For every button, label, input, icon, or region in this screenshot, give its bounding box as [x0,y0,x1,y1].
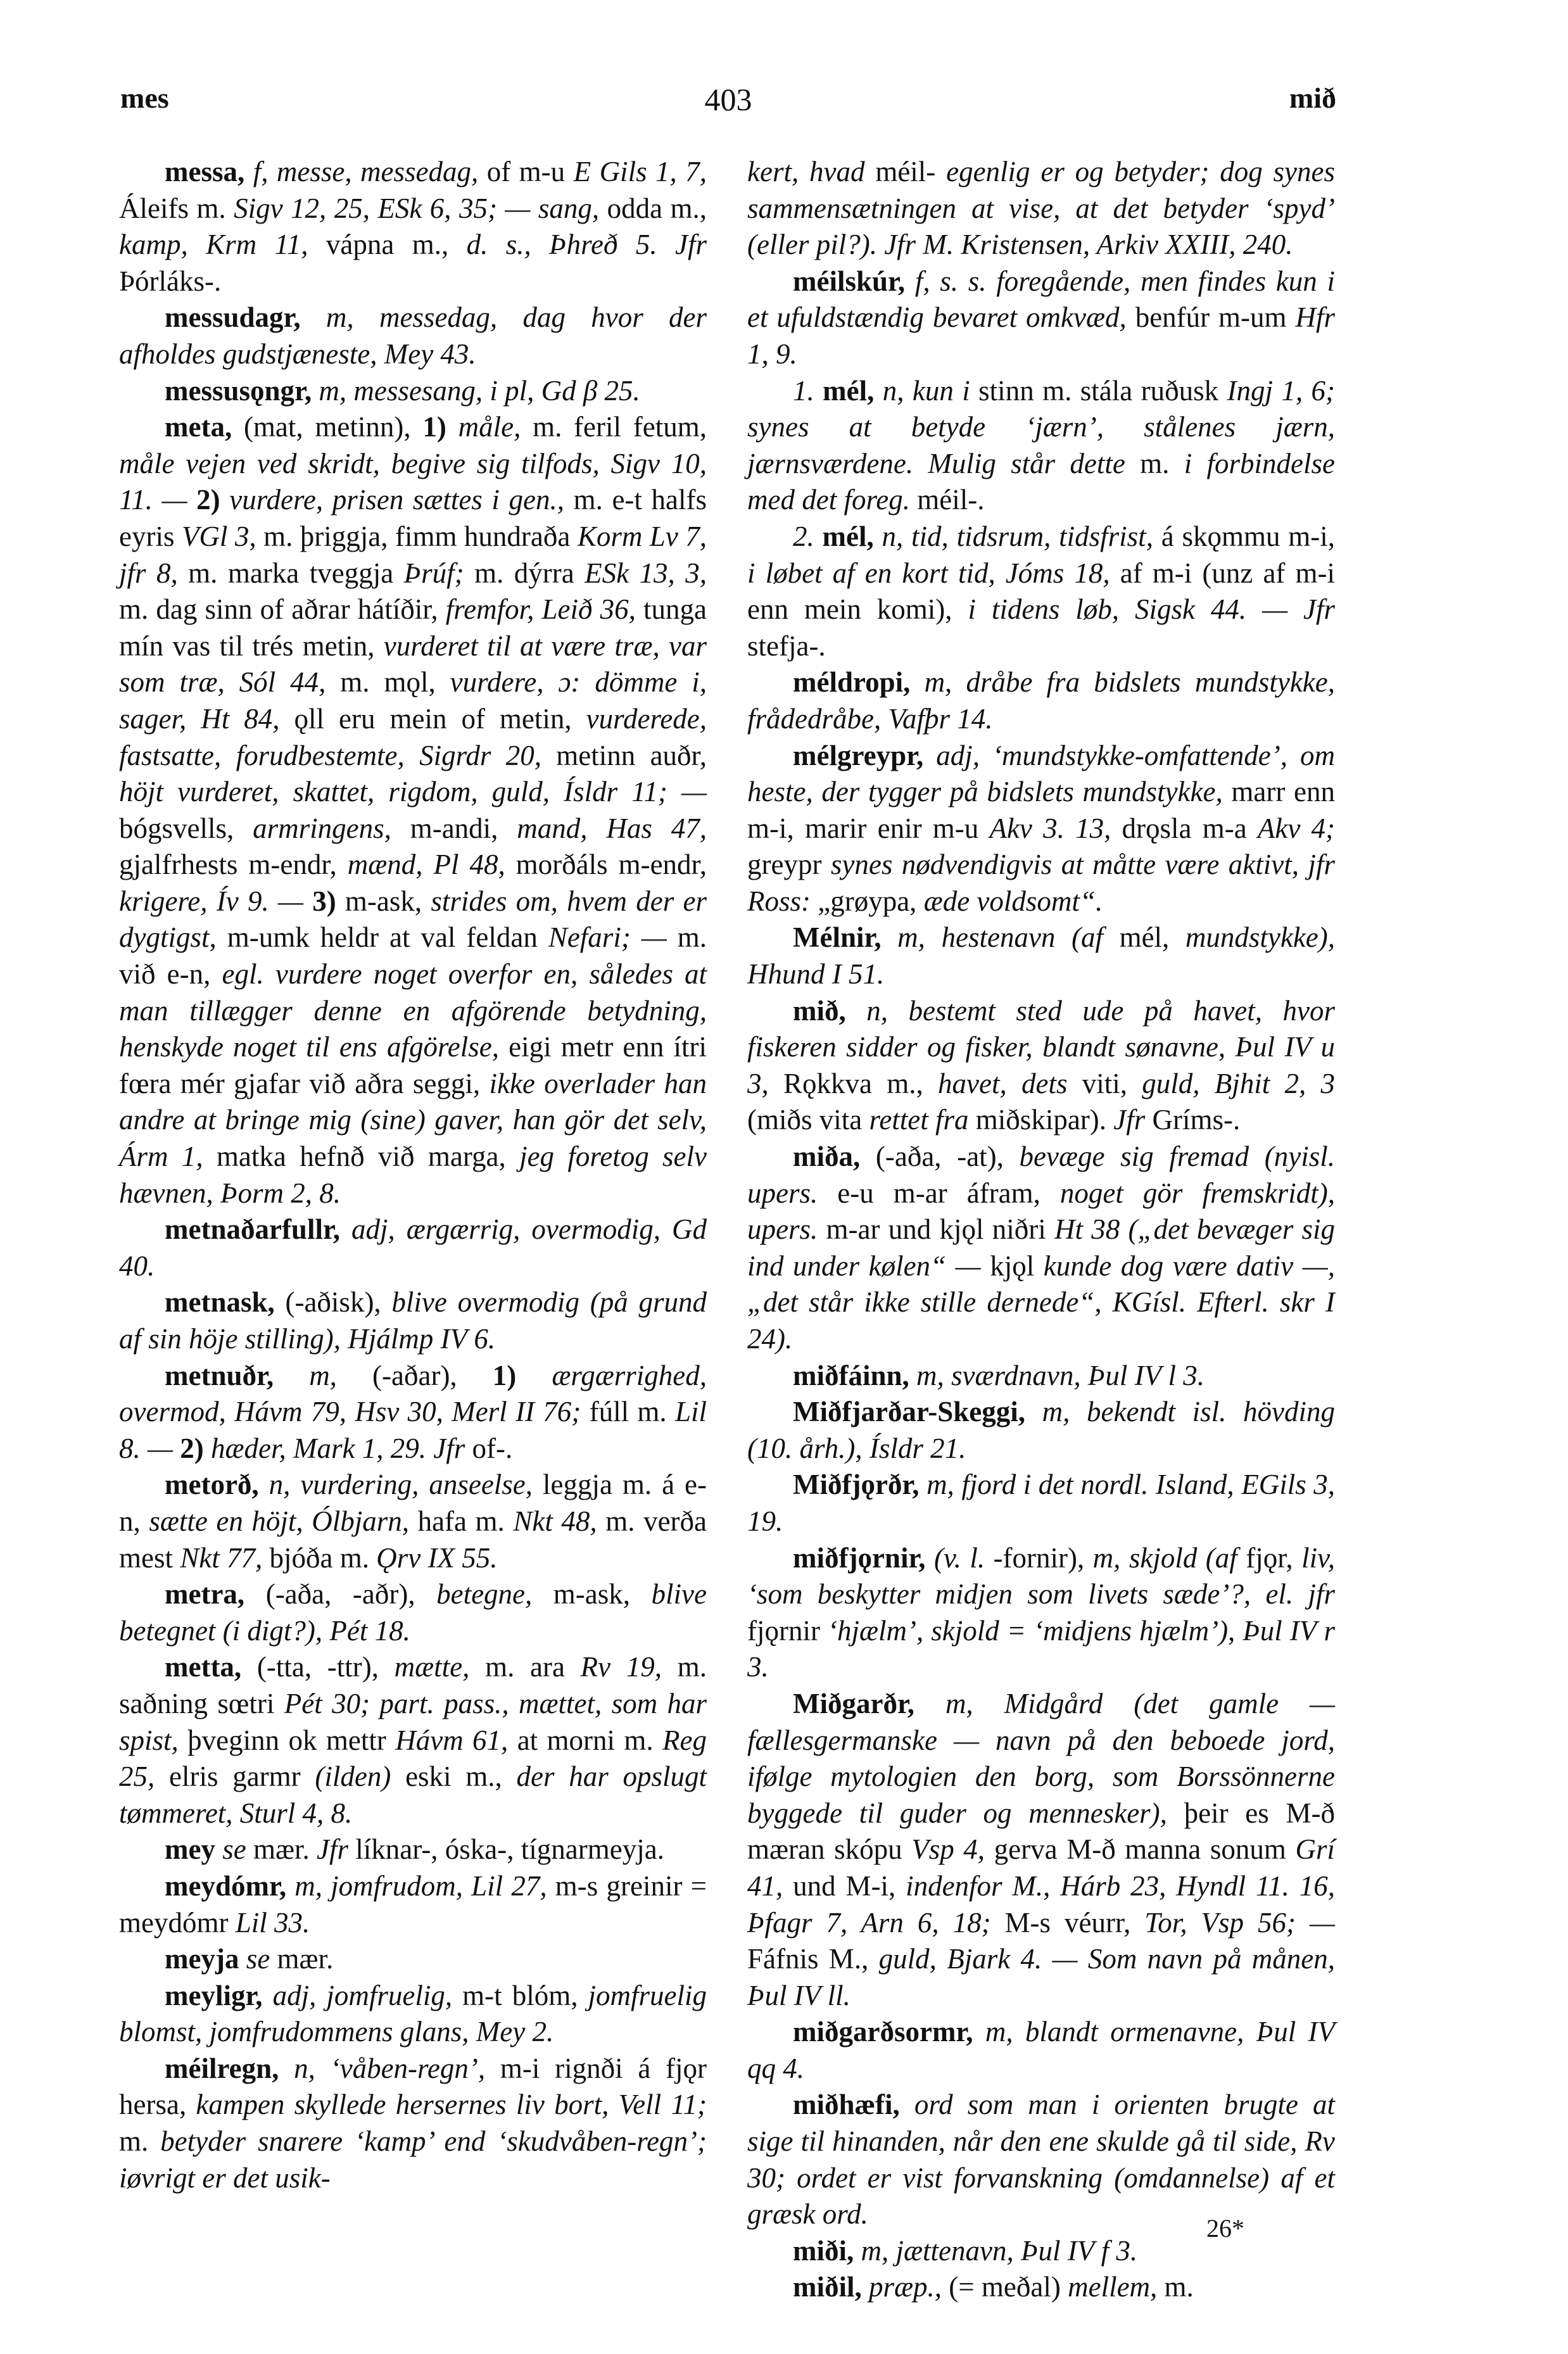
signature-mark: 26* [1206,2213,1244,2243]
headword: miða, [793,1141,876,1172]
roman-text: kjǫl [990,1250,1044,1282]
dictionary-entry: metorð, n, vurdering, anseelse, leggja m… [119,1467,707,1576]
dictionary-entry: meyja se mær. [119,1941,707,1978]
dictionary-entry: Mélnir, m, hestenavn (af mél, mundstykke… [747,920,1335,992]
dictionary-entry: méilskúr, f, s. s. foregående, men finde… [747,263,1335,373]
dictionary-entry: mélgreypr, adj, ‘mundstykke-omfattende’,… [747,738,1335,920]
roman-text: fjǫrnir [747,1615,828,1647]
headword: Miðfjǫrðr, [793,1469,926,1500]
headword: Miðgarðr, [793,1688,945,1719]
italic-text: mellem, [1068,2271,1164,2303]
roman-text: Þórláks-. [119,265,221,297]
left-column: messa, f, messe, messedag, of m-u E Gils… [119,154,707,2196]
roman-text: greypr [747,849,831,880]
dictionary-entry: méldropi, m, dråbe fra bidslets mundstyk… [747,664,1335,737]
roman-text: stinn m. stála ruðusk [978,375,1227,407]
dictionary-entry: metnaðarfullr, adj, ærgærrig, overmodig,… [119,1212,707,1284]
dictionary-entry: mey se mær. Jfr líknar-, óska-, tígnarme… [119,1832,707,1868]
headword: messudagr, [165,301,326,333]
dictionary-entry: miðgarðsormr, m, blandt ormenavne, Þul I… [747,2014,1335,2087]
roman-text: vápna m., [326,229,467,260]
roman-text: bógsvells, [119,813,253,844]
headword: messa, [165,156,253,187]
headword: miðil, [793,2271,869,2303]
running-head: mes 403 mið [120,81,1336,119]
roman-text: drǫsla m-a [1122,813,1258,844]
headword: mið, [793,995,866,1027]
italic-text: Vsp 4, [911,1833,994,1865]
roman-text: (-aða, -aðr), [266,1578,436,1610]
dictionary-entry: meydómr, m, jomfrudom, Lil 27, m-s grein… [119,1868,707,1941]
italic-text: Nefari; — [548,921,678,953]
dictionary-entry: meyligr, adj, jomfruelig, m-t blóm, jomf… [119,1978,707,2051]
italic-text: E Gils 1, 7, [574,156,707,187]
headword: metnaðarfullr, [165,1213,351,1245]
italic-text: armringens, [253,813,410,844]
italic-text: i tidens løb, Sigsk 44. — Jfr [968,593,1335,625]
italic-text: 2. [793,521,823,552]
roman-text: (= meðal) [949,2271,1068,2303]
italic-text: guld, Bjhit 2, 3 [1142,1068,1335,1099]
roman-text: (-aðar), [372,1360,493,1391]
italic-text: n, kun i [883,375,978,407]
dictionary-entry: miðfáinn, m, sværdnavn, Þul IV l 3. [747,1358,1335,1395]
italic-text: Rv 19, [581,1651,678,1683]
dictionary-entry: méilregn, n, ‘våben-regn’, m-i rignði á … [119,2051,707,2196]
italic-text: Ǫrv IX 55. [376,1542,497,1574]
italic-text: m, skjold (af [1093,1542,1246,1574]
italic-text: m, [309,1360,372,1391]
italic-text: Sigv 12, 25, ESk 6, 35; — sang, [234,193,607,224]
dictionary-entry: messudagr, m, messedag, dag hvor der afh… [119,300,707,372]
italic-text: VGl 3, [182,521,263,552]
dictionary-entry: miði, m, jættenavn, Þul IV f 3. [747,2233,1335,2270]
roman-text: m-t blóm, [462,1980,588,2011]
italic-text: höjt vurderet, skattet, rigdom, guld, Ís… [119,776,707,807]
right-column: kert, hvad méil- egenlig er og betyder; … [747,154,1335,2306]
roman-text: odda m., [607,193,707,224]
roman-text: Rǫkkva m., [783,1068,938,1099]
italic-text: kamp, Krm 11, [119,229,326,260]
dictionary-entry: metnask, (-aðisk), blive overmodig (på g… [119,1284,707,1357]
headword: meyja [165,1943,246,1975]
dictionary-entry: Miðfjarðar-Skeggi, m, bekendt isl. hövdi… [747,1394,1335,1467]
roman-text: m-ask, [345,885,431,917]
roman-text: morðáls m-endr, [516,849,707,880]
italic-text: Hávm 61, [395,1724,517,1756]
headword: 3) [312,885,345,917]
roman-text: fjǫr, [1246,1542,1301,1574]
italic-text: f, messe, messedag, [253,156,487,187]
roman-text: viti, [1082,1068,1142,1099]
roman-text: elris garmr [169,1761,315,1792]
dictionary-entry: Miðfjǫrðr, m, fjord i det nordl. Island,… [747,1467,1335,1540]
roman-text: Áleifs m. [119,193,234,224]
headword: méldropi, [793,666,925,698]
dictionary-entry: metta, (-tta, -ttr), mætte, m. ara Rv 19… [119,1649,707,1832]
entry-continuation: kert, hvad méil- egenlig er og betyder; … [747,154,1335,263]
dictionary-entry: miðhæfi, ord som man i orienten brugte a… [747,2087,1335,2232]
italic-text: krigere, Ív 9. — [119,885,312,917]
roman-text: m-ask, [553,1578,652,1610]
italic-text: n, vurdering, anseelse, [269,1469,543,1500]
italic-text: fremfor, Leið 36, [446,593,643,625]
roman-text: Fáfnis M., [747,1943,879,1975]
italic-text: mætte, [395,1651,485,1683]
headword: metnask, [165,1286,285,1318]
italic-text: mand, Has 47, [517,813,707,844]
italic-text: d. s., Þhreð 5. Jfr [467,229,707,260]
italic-text: betegne, [436,1578,553,1610]
italic-text: Lil 33. [236,1907,310,1939]
roman-text: m. feril fetum, [533,411,707,443]
italic-text: adj, jomfruelig, [273,1980,463,2011]
roman-text: of-. [472,1433,513,1464]
italic-text: ESk 13, 3, [585,557,707,589]
italic-text: ‘hjælm’, skjold = ‘midjens hjælm’), Þul … [747,1615,1335,1683]
roman-text: mær. [277,1943,333,1975]
italic-text: hæder, Mark 1, 29. Jfr [211,1433,472,1464]
italic-text: æde voldsomt“. [924,885,1103,917]
italic-text: m, jomfrudom, Lil 27, [294,1870,555,1902]
headword: méilregn, [165,2053,294,2084]
headword: 2) [180,1433,211,1464]
italic-text: Akv 3. 13, [989,813,1122,844]
roman-text: M-s véurr, [1005,1907,1145,1939]
italic-text: sætte en höjt, Ólbjarn, [149,1505,417,1537]
italic-text: betyder snarere ‘kamp’ end ‘skudvåben-re… [119,2125,707,2194]
roman-text: und M-i, [793,1870,906,1902]
headword: miðfjǫrnir, [793,1542,934,1574]
italic-text: præp., [869,2271,949,2303]
roman-text: Gríms-. [1153,1104,1241,1136]
italic-text: Tor, Vsp 56; — [1144,1907,1335,1939]
roman-text: matka hefnð við marga, [217,1141,519,1172]
headword: meta, [165,411,244,443]
roman-text: m-andi, [410,813,517,844]
italic-text: Þrúf; [404,557,474,589]
running-head-last-word: mið [1289,81,1336,115]
roman-text: hafa m. [418,1505,514,1537]
roman-text: (mat, metinn), [244,411,422,443]
roman-text: méil- [875,156,946,187]
dictionary-entry: miðil, præp., (= meðal) mellem, m. [747,2269,1335,2306]
headword: Mélnir, [793,921,897,953]
roman-text: bjóða m. [270,1542,377,1574]
italic-text: se [222,1833,253,1865]
roman-text: m. ara [485,1651,581,1683]
headword: meydómr, [165,1870,294,1902]
roman-text: (-aðisk), [285,1286,391,1318]
headword: metnuðr, [165,1360,309,1391]
headword: miðgarðsormr, [793,2016,985,2047]
dictionary-entry: mið, n, bestemt sted ude på havet, hvor … [747,993,1335,1139]
headword: 2) [196,484,229,516]
italic-text: m, hestenavn (af [897,921,1119,953]
roman-text: m-ar und kjǫl niðri [826,1213,1054,1245]
roman-text: (-tta, -ttr), [257,1651,395,1683]
roman-text: méil-. [917,484,984,516]
roman-text: mél, [1120,921,1185,953]
dictionary-entry: miðfjǫrnir, (v. l. -fornir), m, skjold (… [747,1540,1335,1686]
headword: metra, [165,1578,266,1610]
headword: mey [165,1833,222,1865]
roman-text: stefja-. [747,630,826,662]
italic-text: kert, hvad [747,156,875,187]
dictionary-entry: Miðgarðr, m, Midgård (det gamle — fælles… [747,1686,1335,2014]
headword: méilskúr, [793,265,915,297]
headword: miðhæfi, [793,2089,914,2120]
italic-text: n, tid, tidsrum, tidsfrist, [882,521,1161,552]
roman-text: þveginn ok mettr [187,1724,395,1756]
dictionary-entry: metnuðr, m, (-aðar), 1) ærgærrighed, ove… [119,1358,707,1467]
roman-text: miðskipar). [976,1104,1113,1136]
italic-text: se [246,1943,277,1975]
headword: 1) [422,411,458,443]
italic-text: vurdere, prisen sættes i gen., [229,484,573,516]
roman-text: m. marka tveggja [188,557,403,589]
roman-text: m. [119,2125,160,2157]
roman-text: metinn auðr, [556,740,707,771]
roman-text: m. [1140,448,1184,479]
headword: mél, [823,521,882,552]
roman-text: „grøypa, [818,885,923,917]
italic-text: Jfr [317,1833,355,1865]
italic-text: m, jættenavn, Þul IV f 3. [861,2235,1138,2267]
roman-text: benfúr m-um [1135,301,1296,333]
italic-text: i løbet af en kort tid, Jóms 18, [747,557,1120,589]
roman-text: m. dag sinn of aðrar hátíðir, [119,593,446,625]
page-number: 403 [120,81,1336,118]
italic-text: n, ‘våben-regn’, [294,2053,500,2084]
roman-text: m. mǫl, [340,666,450,698]
italic-text: 1. [793,375,823,407]
roman-text: ǫll eru mein of metin, [294,703,586,735]
headword: 1) [493,1360,552,1391]
headword: messusǫngr, [165,375,319,407]
roman-text: eski m., [405,1761,516,1792]
headword: mélgreypr, [793,740,936,771]
dictionary-entry: meta, (mat, metinn), 1) måle, m. feril f… [119,409,707,1212]
italic-text: mænd, Pl 48, [348,849,516,880]
roman-text: fúll m. [590,1396,675,1427]
italic-text: Jfr [1113,1104,1152,1136]
roman-text: at morni m. [517,1724,662,1756]
headword: metta, [165,1651,257,1683]
dictionary-entry: metra, (-aða, -aðr), betegne, m-ask, bli… [119,1576,707,1649]
roman-text: m. þriggja, fimm hundraða [263,521,578,552]
italic-text: m, messesang, i pl, Gd β 25. [319,375,640,407]
roman-text: (-aða, -at), [876,1141,1020,1172]
roman-text: m. [1165,2271,1194,2303]
italic-text: m, sværdnavn, Þul IV l 3. [916,1360,1204,1391]
dictionary-entry: 2. mél, n, tid, tidsrum, tidsfrist, á sk… [747,519,1335,664]
roman-text: mær. [253,1833,317,1865]
italic-text: måle, [458,411,533,443]
italic-text: kampen skyllede hersernes liv bort, Vell… [196,2089,707,2120]
roman-text: m. dýrra [474,557,585,589]
headword: Miðfjarðar-Skeggi, [793,1396,1042,1427]
roman-text: m-umk heldr at val feldan [227,921,548,953]
headword: miðfáinn, [793,1360,916,1391]
italic-text: (ilden) [315,1761,405,1792]
dictionary-entry: messusǫngr, m, messesang, i pl, Gd β 25. [119,373,707,410]
roman-text: gjalfrhests m-endr, [119,849,348,880]
headword: metorð, [165,1469,269,1500]
roman-text: á skǫmmu m-i, [1161,521,1335,552]
italic-text: Nkt 48, [513,1505,605,1537]
headword: miði, [793,2235,861,2267]
roman-text: líknar-, óska-, tígnarmeyja. [355,1833,664,1865]
roman-text: (miðs vita [747,1104,869,1136]
italic-text: havet, dets [938,1068,1082,1099]
italic-text: rettet fra [869,1104,975,1136]
headword: mél, [823,375,883,407]
dictionary-entry: 1. mél, n, kun i stinn m. stála ruðusk I… [747,373,1335,519]
roman-text: -fornir), [994,1542,1093,1574]
roman-text: e-u m-ar áfram, [837,1177,1060,1209]
dictionary-entry: miða, (-aða, -at), bevæge sig fremad (ny… [747,1139,1335,1358]
roman-text: of m-u [487,156,574,187]
italic-text: (v. l. [934,1542,994,1574]
roman-text: gerva M-ð manna sonum [994,1833,1296,1865]
italic-text: Akv 4; [1258,813,1335,844]
dictionary-entry: messa, f, messe, messedag, of m-u E Gils… [119,154,707,300]
headword: meyligr, [165,1980,273,2011]
italic-text: Nkt 77, [180,1542,269,1574]
